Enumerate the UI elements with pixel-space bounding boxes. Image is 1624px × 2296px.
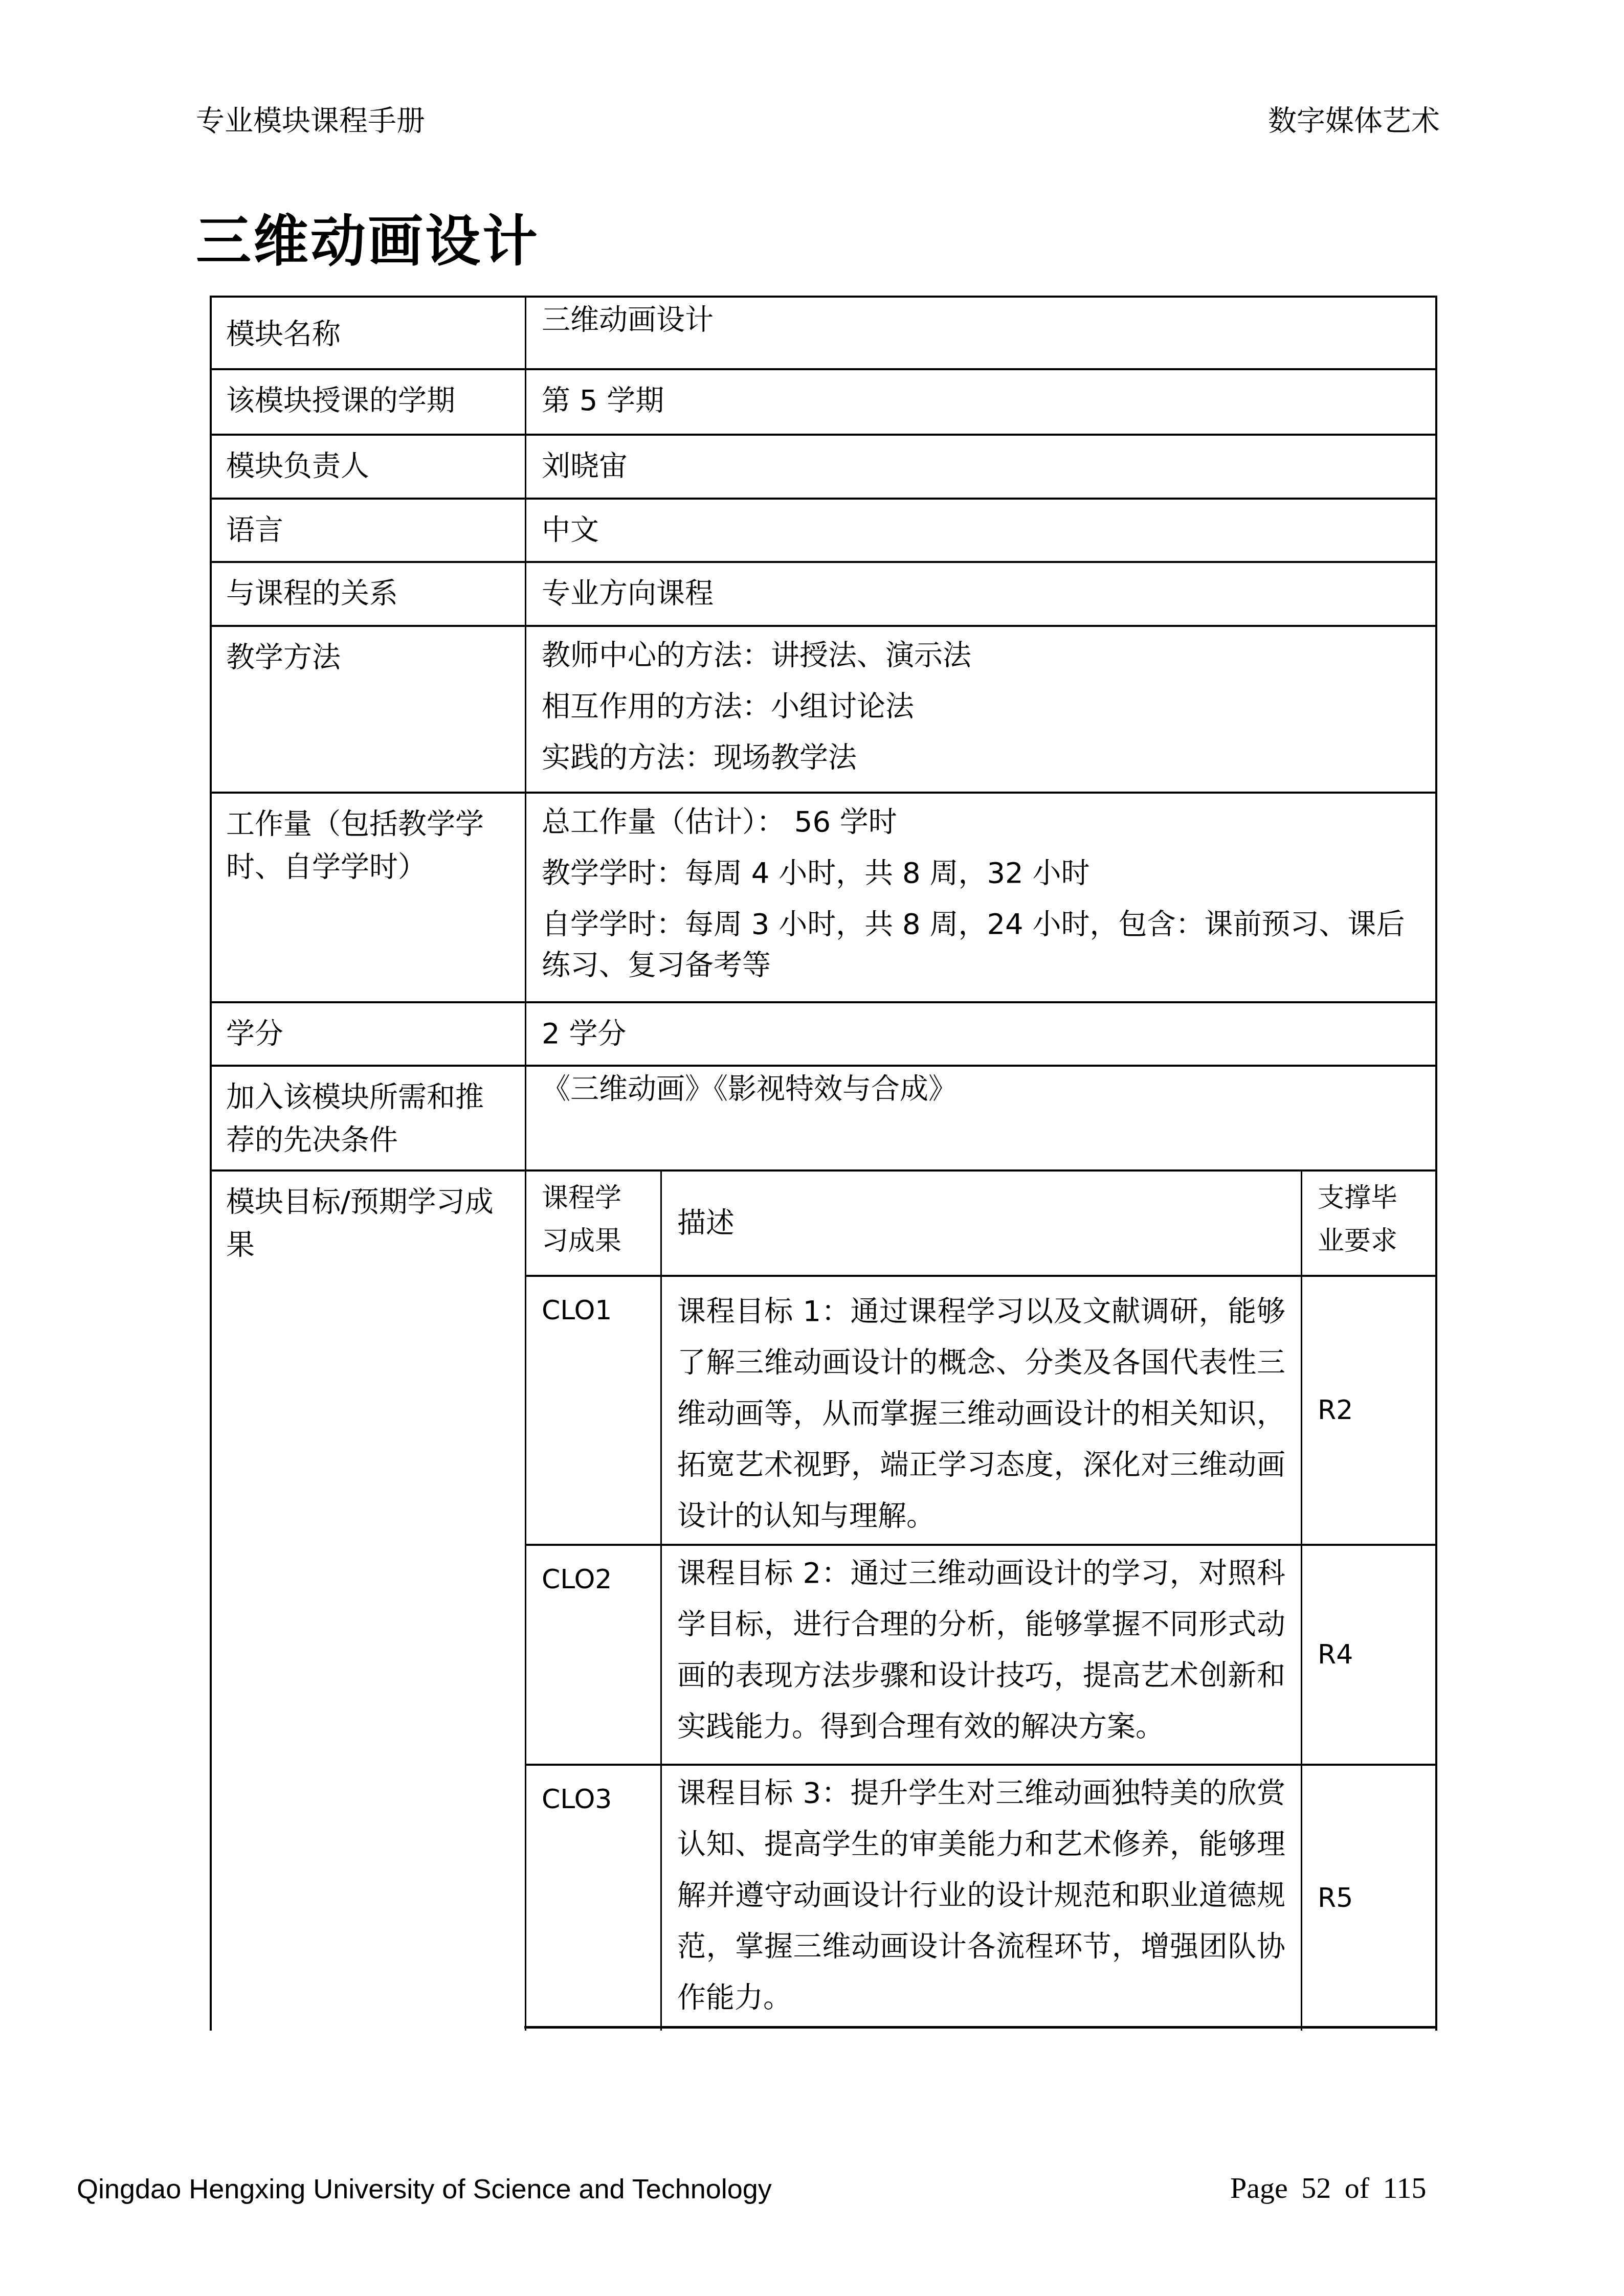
row-value: 第 5 学期	[542, 379, 1420, 422]
outcome-requirement: R5	[1302, 1766, 1435, 2031]
row-value: 2 学分	[542, 1012, 1420, 1055]
row-label: 该模块授课的学期	[212, 370, 526, 434]
table-bottom-border	[524, 2026, 1437, 2029]
row-value-line: 总工作量（估计）： 56 学时	[542, 797, 1420, 848]
col-header-requirement: 支撑毕业要求	[1302, 1172, 1435, 1275]
col-header-description: 描述	[662, 1172, 1302, 1275]
row-value-line: 自学学时：每周 3 小时，共 8 周，24 小时，包含：课前预习、课后练习、复习…	[542, 899, 1420, 986]
row-value: 《三维动画》《影视特效与合成》	[542, 1068, 1420, 1111]
running-header-right: 数字媒体艺术	[1268, 98, 1440, 139]
row-label: 模块名称	[212, 298, 526, 368]
outcome-id: CLO2	[526, 1546, 662, 1764]
row-value-line: 实践的方法：现场教学法	[542, 732, 1420, 783]
table-row-relation: 与课程的关系 专业方向课程	[210, 561, 1437, 625]
outcomes-label: 模块目标/预期学习成果	[212, 1172, 526, 2031]
learning-outcomes-section: 模块目标/预期学习成果 课程学习成果 描述 支撑毕业要求 CLO1 课程目标 1…	[210, 1169, 1437, 2031]
table-row-language: 语言 中文	[210, 498, 1437, 561]
table-row-credits: 学分 2 学分	[210, 1001, 1437, 1065]
row-label: 教学方法	[212, 627, 526, 792]
row-value: 中文	[542, 509, 1420, 552]
outcomes-header-row: 课程学习成果 描述 支撑毕业要求	[526, 1172, 1435, 1275]
table-row-semester: 该模块授课的学期 第 5 学期	[210, 368, 1437, 434]
page-current: 52	[1301, 2171, 1331, 2204]
page-of-label: of	[1345, 2171, 1369, 2204]
col-header-outcome: 课程学习成果	[526, 1172, 662, 1275]
outcome-row-clo1: CLO1 课程目标 1：通过课程学习以及文献调研，能够了解三维动画设计的概念、分…	[526, 1275, 1435, 1544]
row-label: 学分	[212, 1003, 526, 1065]
outcome-description: 课程目标 1：通过课程学习以及文献调研，能够了解三维动画设计的概念、分类及各国代…	[662, 1277, 1302, 1544]
row-value: 专业方向课程	[542, 572, 1420, 615]
outcome-row-clo3: CLO3 课程目标 3：提升学生对三维动画独特美的欣赏认知、提高学生的审美能力和…	[526, 1764, 1435, 2031]
row-value-line: 相互作用的方法：小组讨论法	[542, 681, 1420, 732]
row-value: 三维动画设计	[542, 299, 1420, 342]
row-label: 与课程的关系	[212, 563, 526, 625]
row-label: 加入该模块所需和推荐的先决条件	[212, 1067, 526, 1169]
running-header-left: 专业模块课程手册	[196, 98, 425, 139]
table-row-workload: 工作量（包括教学学时、自学学时） 总工作量（估计）： 56 学时 教学学时：每周…	[210, 792, 1437, 1001]
outcome-description: 课程目标 3：提升学生对三维动画独特美的欣赏认知、提高学生的审美能力和艺术修养，…	[662, 1766, 1302, 2031]
outcome-requirement: R4	[1302, 1546, 1435, 1764]
footer-page-number: Page 52 of 115	[1230, 2171, 1426, 2205]
row-value-line: 教师中心的方法：讲授法、演示法	[542, 630, 1420, 681]
page-total: 115	[1383, 2171, 1427, 2204]
outcome-description: 课程目标 2：通过三维动画设计的学习，对照科学目标，进行合理的分析，能够掌握不同…	[662, 1546, 1302, 1764]
row-label: 模块负责人	[212, 436, 526, 498]
row-label: 工作量（包括教学学时、自学学时）	[212, 794, 526, 1001]
row-label: 语言	[212, 500, 526, 561]
outcome-id: CLO1	[526, 1277, 662, 1544]
row-value: 刘晓宙	[542, 445, 1420, 488]
table-row-owner: 模块负责人 刘晓宙	[210, 434, 1437, 498]
module-table: 模块名称 三维动画设计 该模块授课的学期 第 5 学期 模块负责人 刘晓宙 语言…	[210, 296, 1437, 2031]
outcome-requirement: R2	[1302, 1277, 1435, 1544]
table-row-prerequisites: 加入该模块所需和推荐的先决条件 《三维动画》《影视特效与合成》	[210, 1065, 1437, 1169]
outcome-row-clo2: CLO2 课程目标 2：通过三维动画设计的学习，对照科学目标，进行合理的分析，能…	[526, 1544, 1435, 1764]
page-title: 三维动画设计	[196, 197, 540, 276]
row-value-line: 教学学时：每周 4 小时，共 8 周，32 小时	[542, 848, 1420, 899]
page-label: Page	[1230, 2171, 1288, 2204]
table-row-module-name: 模块名称 三维动画设计	[210, 296, 1437, 368]
outcomes-table: 课程学习成果 描述 支撑毕业要求 CLO1 课程目标 1：通过课程学习以及文献调…	[526, 1172, 1437, 2031]
outcome-id: CLO3	[526, 1766, 662, 2031]
table-row-teaching-methods: 教学方法 教师中心的方法：讲授法、演示法 相互作用的方法：小组讨论法 实践的方法…	[210, 625, 1437, 792]
footer-institution: Qingdao Hengxing University of Science a…	[77, 2173, 772, 2205]
